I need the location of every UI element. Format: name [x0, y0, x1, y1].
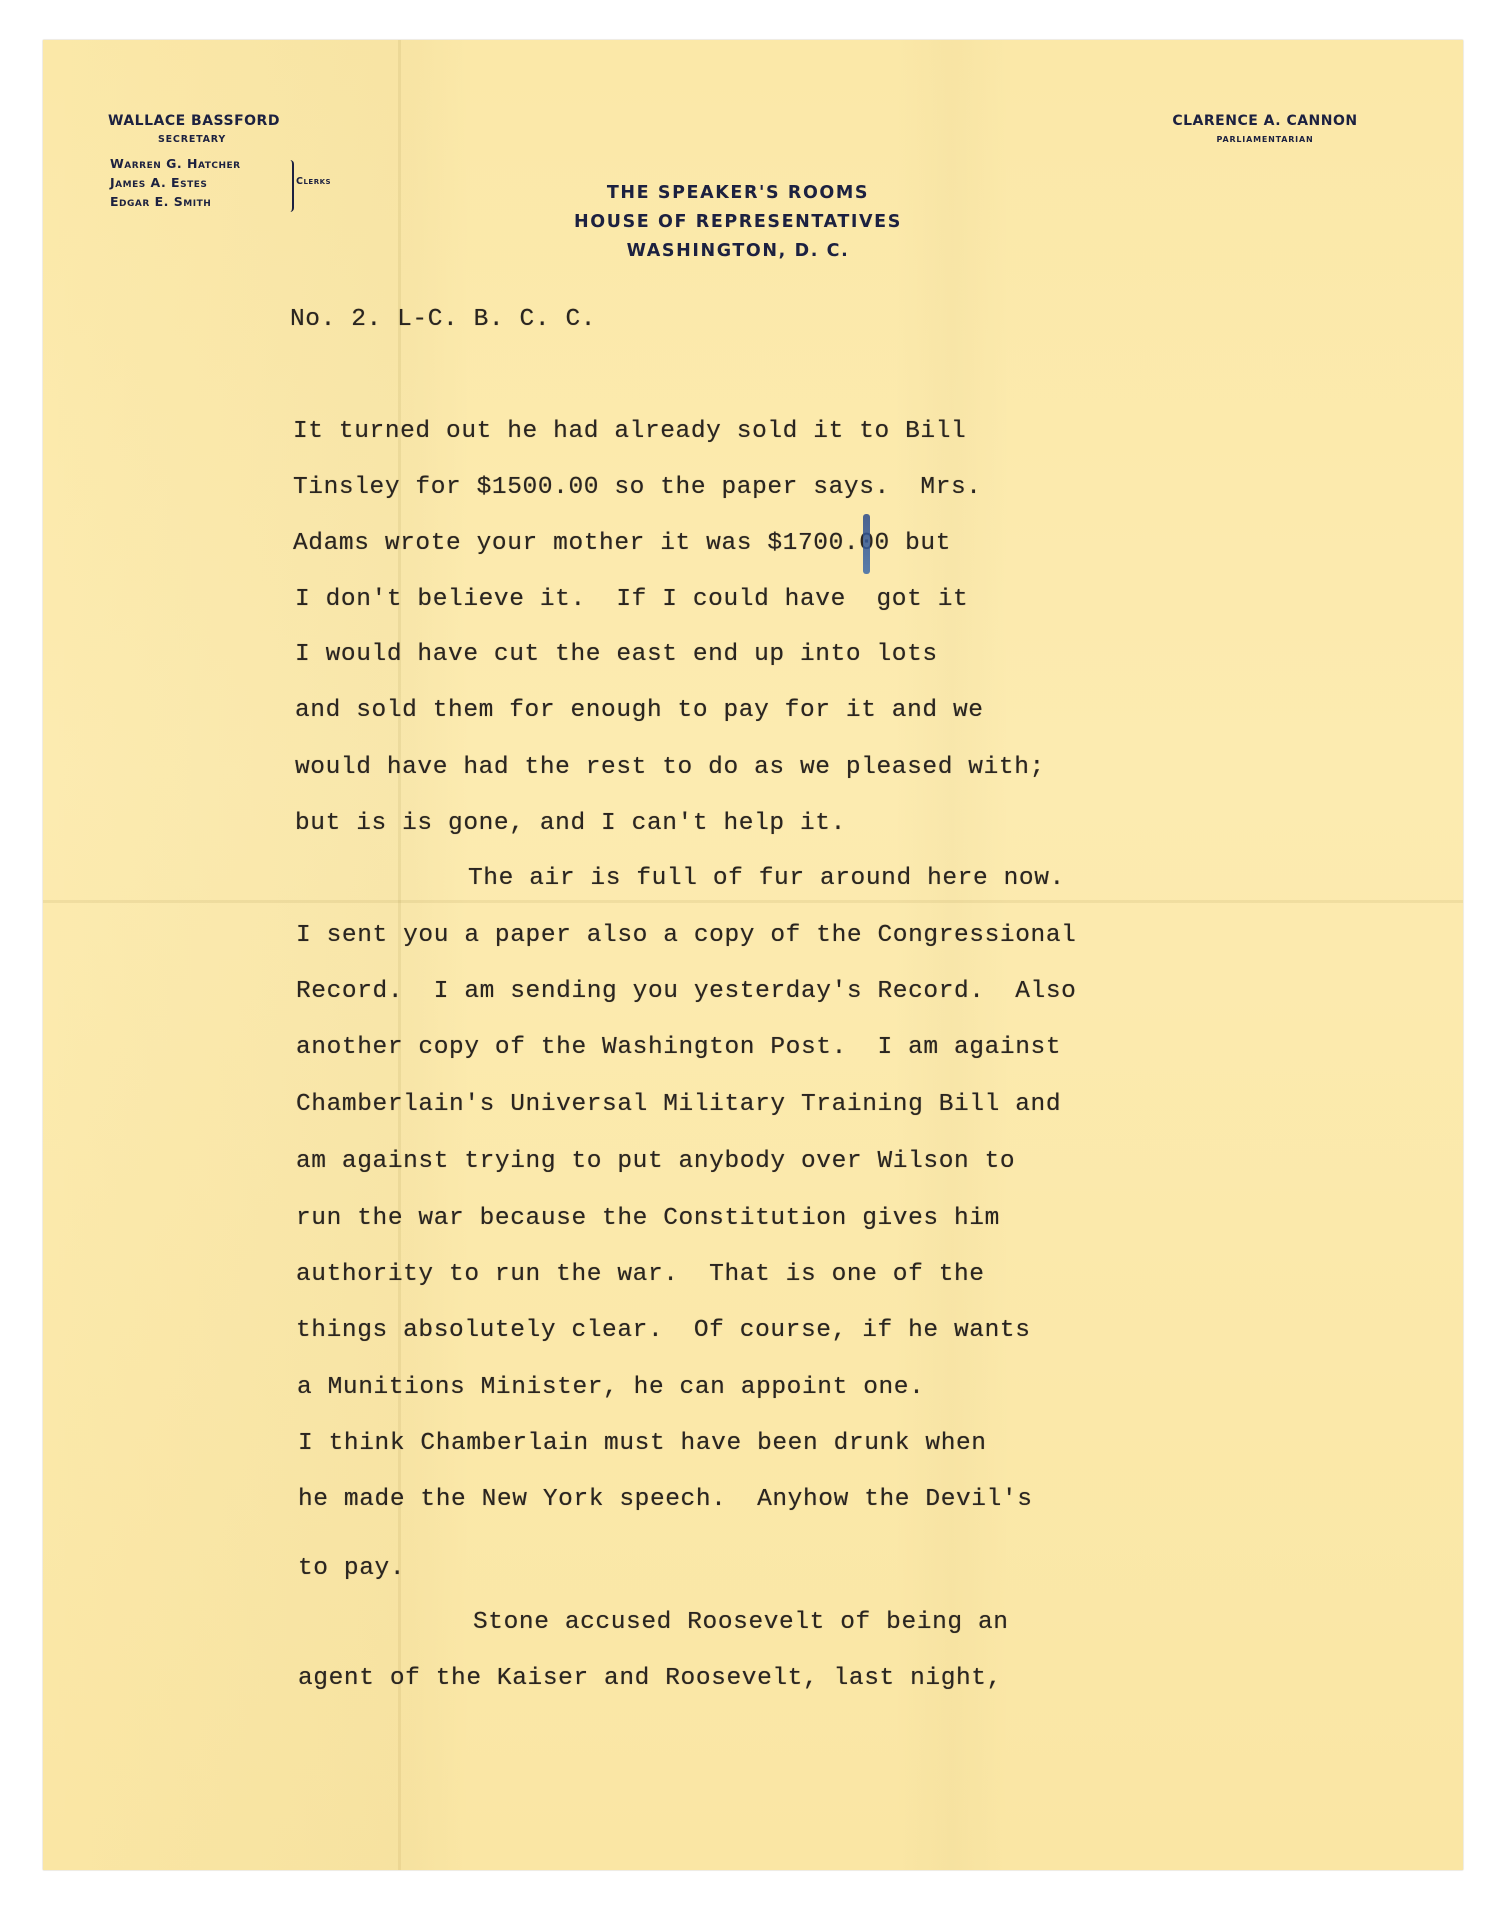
body-line: and sold them for enough to pay for it a…	[295, 697, 984, 724]
reference-line: No. 2. L-C. B. C. C.	[290, 306, 596, 333]
body-line: run the war because the Constitution giv…	[296, 1205, 1000, 1232]
body-line: I sent you a paper also a copy of the Co…	[296, 922, 1076, 949]
body-line: he made the New York speech. Anyhow the …	[298, 1486, 1033, 1513]
pen-correction-mark	[863, 514, 870, 574]
clerk-name: James A. Estes	[110, 175, 207, 190]
body-line: but is is gone, and I can't help it.	[295, 810, 846, 837]
secretary-title: SECRETARY	[158, 134, 226, 145]
body-line: am against trying to put anybody over Wi…	[296, 1148, 1015, 1175]
parliamentarian-name: CLARENCE A. CANNON	[1165, 113, 1365, 129]
brace-icon	[286, 160, 294, 212]
body-line-indented: Stone accused Roosevelt of being an	[473, 1609, 1009, 1636]
body-line: authority to run the war. That is one of…	[296, 1261, 985, 1288]
secretary-name: WALLACE BASSFORD	[108, 113, 280, 129]
body-line: It turned out he had already sold it to …	[293, 418, 966, 445]
body-line: another copy of the Washington Post. I a…	[296, 1034, 1061, 1061]
clerk-name: Edgar E. Smith	[110, 194, 211, 209]
body-line: a Munitions Minister, he can appoint one…	[297, 1374, 924, 1401]
parliamentarian-title: PARLIAMENTARIAN	[1165, 135, 1365, 144]
body-line: Tinsley for $1500.00 so the paper says. …	[293, 474, 982, 501]
letterhead-line-2: HOUSE OF REPRESENTATIVES	[488, 212, 988, 232]
body-line: Chamberlain's Universal Military Trainin…	[296, 1091, 1061, 1118]
body-line: I would have cut the east end up into lo…	[295, 641, 938, 668]
paper-fold-horizontal	[43, 900, 1463, 903]
letterhead-line-1: THE SPEAKER'S ROOMS	[488, 183, 988, 203]
body-line: I think Chamberlain must have been drunk…	[298, 1430, 987, 1457]
body-line: Adams wrote your mother it was $1700.00 …	[293, 530, 951, 557]
letter-page	[43, 40, 1463, 1870]
letterhead-line-3: WASHINGTON, D. C.	[488, 241, 988, 261]
body-line: Record. I am sending you yesterday's Rec…	[296, 978, 1076, 1005]
clerk-name: Warren G. Hatcher	[110, 156, 241, 171]
body-line: would have had the rest to do as we plea…	[295, 754, 1045, 781]
body-line: agent of the Kaiser and Roosevelt, last …	[298, 1665, 1002, 1692]
clerks-label: Clerks	[296, 176, 331, 187]
body-line: things absolutely clear. Of course, if h…	[296, 1317, 1031, 1344]
body-line: to pay.	[298, 1555, 405, 1582]
body-line-indented: The air is full of fur around here now.	[468, 865, 1065, 892]
body-line: I don't believe it. If I could have got …	[295, 586, 968, 613]
